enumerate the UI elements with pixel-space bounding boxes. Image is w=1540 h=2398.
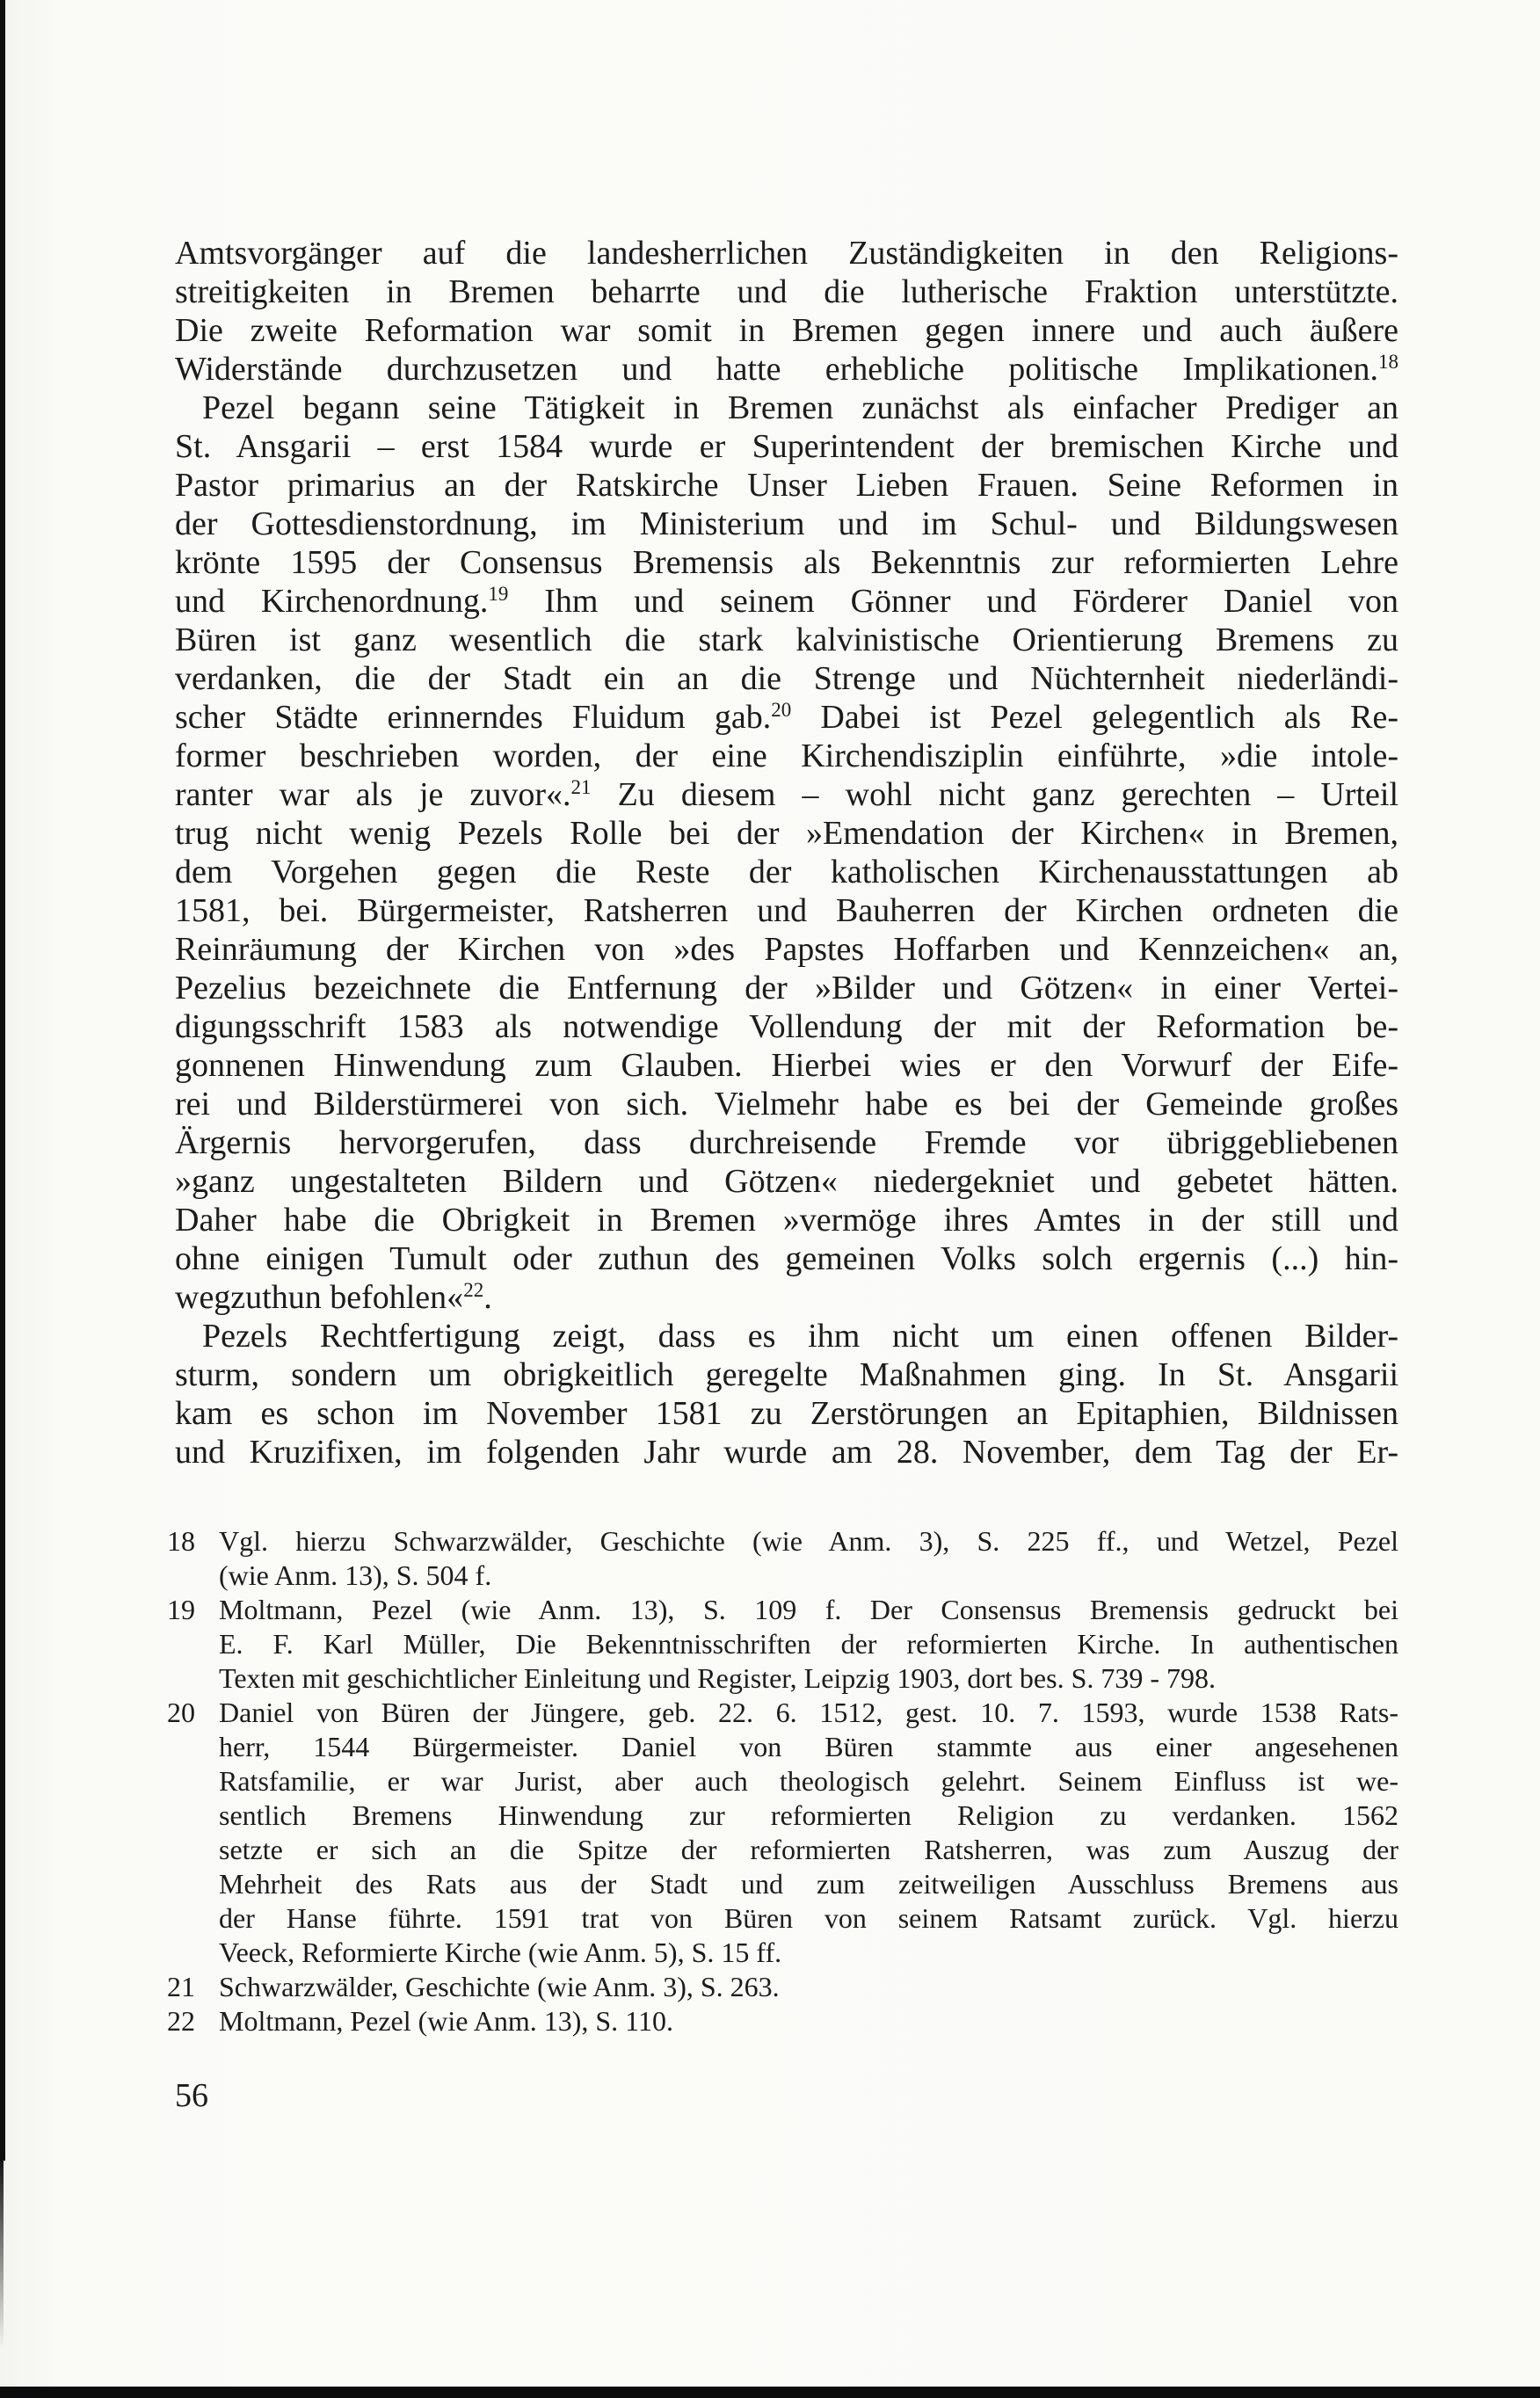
footnote-marker: 22	[463, 1279, 483, 1301]
body-line: St. Ansgarii – erst 1584 wurde er Superi…	[175, 427, 1398, 466]
footnote-line: (wie Anm. 13), S. 504 f.	[219, 1559, 1398, 1593]
footnote-line: Mehrheit des Rats aus der Stadt und zum …	[219, 1867, 1398, 1901]
body-line: Ärgernis hervorgerufen, dass durchreisen…	[175, 1123, 1398, 1162]
footnote-line: Ratsfamilie, er war Jurist, aber auch th…	[219, 1764, 1398, 1798]
body-text-run: Zu diesem – wohl nicht ganz gerechten – …	[592, 776, 1399, 813]
footnote: 20Daniel von Büren der Jüngere, geb. 22.…	[167, 1696, 1398, 1970]
body-text-run: Pezel begann seine Tätigkeit in Bremen z…	[202, 389, 1398, 426]
body-text-run: gonnenen Hinwendung zum Glauben. Hierbei…	[175, 1047, 1398, 1084]
body-text-run: former beschrieben worden, der eine Kirc…	[175, 738, 1398, 774]
body-text-run: ranter war als je zuvor«.	[175, 776, 571, 813]
body-line: »ganz ungestalteten Bildern und Götzen« …	[175, 1162, 1398, 1201]
body-line: Widerstände durchzusetzen und hatte erhe…	[175, 350, 1398, 389]
footnote-number: 18	[167, 1524, 219, 1559]
footnote-line: sentlich Bremens Hinwendung zur reformie…	[219, 1798, 1398, 1833]
body-line: 1581, bei. Bürgermeister, Ratsherren und…	[175, 891, 1398, 930]
footnote-text: Schwarzwälder, Geschichte (wie Anm. 3), …	[219, 1970, 1398, 2004]
body-text: Amtsvorgänger auf die landesherrlichen Z…	[175, 234, 1398, 1471]
body-text-run: .	[483, 1279, 492, 1316]
footnote: 18Vgl. hierzu Schwarzwälder, Geschichte …	[167, 1524, 1398, 1593]
scan-edge-bottom	[0, 2387, 1540, 2398]
body-text-run: Daher habe die Obrigkeit in Bremen »verm…	[175, 1202, 1398, 1239]
footnote-line: Vgl. hierzu Schwarzwälder, Geschichte (w…	[219, 1524, 1398, 1559]
body-line: verdanken, die der Stadt ein an die Stre…	[175, 659, 1398, 698]
body-line: Pezelius bezeichnete die Entfernung der …	[175, 969, 1398, 1007]
body-line: dem Vorgehen gegen die Reste der katholi…	[175, 853, 1398, 891]
page-number: 56	[175, 2076, 208, 2115]
footnote-line: Texten mit geschichtlicher Einleitung un…	[219, 1661, 1398, 1696]
body-text-run: kam es schon im November 1581 zu Zerstör…	[175, 1395, 1398, 1432]
footnote-marker: 19	[488, 583, 508, 605]
footnote-line: setzte er sich an die Spitze der reformi…	[219, 1833, 1398, 1867]
body-line: Büren ist ganz wesentlich die stark kalv…	[175, 621, 1398, 659]
body-line: sturm, sondern um obrigkeitlich geregelt…	[175, 1355, 1398, 1394]
footnote-section: 18Vgl. hierzu Schwarzwälder, Geschichte …	[167, 1524, 1398, 2038]
body-text-run: verdanken, die der Stadt ein an die Stre…	[175, 660, 1398, 697]
footnote-line: herr, 1544 Bürgermeister. Daniel von Bür…	[219, 1730, 1398, 1764]
footnote-number: 21	[167, 1970, 219, 2004]
body-text-run: Die zweite Reformation war somit in Brem…	[175, 312, 1398, 349]
body-text-run: Büren ist ganz wesentlich die stark kalv…	[175, 621, 1398, 658]
body-line: Amtsvorgänger auf die landesherrlichen Z…	[175, 234, 1398, 272]
footnote-line: E. F. Karl Müller, Die Bekenntnisschrift…	[219, 1627, 1398, 1661]
body-text-run: scher Städte erinnerndes Fluidum gab.	[175, 699, 771, 736]
body-text-run: »ganz ungestalteten Bildern und Götzen« …	[175, 1163, 1398, 1200]
body-text-run: Amtsvorgänger auf die landesherrlichen Z…	[175, 235, 1398, 272]
body-line: Daher habe die Obrigkeit in Bremen »verm…	[175, 1201, 1398, 1239]
body-text-run: trug nicht wenig Pezels Rolle bei der »E…	[175, 815, 1398, 852]
body-text-run: Widerstände durchzusetzen und hatte erhe…	[175, 351, 1378, 388]
footnote-text: Moltmann, Pezel (wie Anm. 13), S. 109 f.…	[219, 1593, 1398, 1696]
footnote-line: Moltmann, Pezel (wie Anm. 13), S. 109 f.…	[219, 1593, 1398, 1627]
body-line: Pezels Rechtfertigung zeigt, dass es ihm…	[175, 1317, 1398, 1355]
body-text-run: digungsschrift 1583 als notwendige Volle…	[175, 1008, 1398, 1045]
body-line: Die zweite Reformation war somit in Brem…	[175, 311, 1398, 350]
footnote-number: 19	[167, 1593, 219, 1627]
footnote-line: Veeck, Reformierte Kirche (wie Anm. 5), …	[219, 1936, 1398, 1970]
body-line: Pastor primarius an der Ratskirche Unser…	[175, 466, 1398, 505]
body-line: scher Städte erinnerndes Fluidum gab.20 …	[175, 698, 1398, 737]
footnote-line: der Hanse führte. 1591 trat von Büren vo…	[219, 1901, 1398, 1936]
body-text-run: dem Vorgehen gegen die Reste der katholi…	[175, 854, 1398, 890]
body-text-run: rei und Bilderstürmerei von sich. Vielme…	[175, 1086, 1398, 1123]
footnote: 21Schwarzwälder, Geschichte (wie Anm. 3)…	[167, 1970, 1398, 2004]
footnote: 19Moltmann, Pezel (wie Anm. 13), S. 109 …	[167, 1593, 1398, 1696]
body-text-run: Ihm und seinem Gönner und Förderer Danie…	[508, 583, 1398, 620]
footnote-line: Daniel von Büren der Jüngere, geb. 22. 6…	[219, 1696, 1398, 1730]
body-line: former beschrieben worden, der eine Kirc…	[175, 737, 1398, 775]
footnote-marker: 20	[771, 699, 791, 721]
scanned-book-page: { "page": { "number": "56", "language": …	[0, 0, 1540, 2398]
footnote-text: Vgl. hierzu Schwarzwälder, Geschichte (w…	[219, 1524, 1398, 1593]
body-text-run: streitigkeiten in Bremen beharrte und di…	[175, 273, 1398, 310]
body-text-run: ohne einigen Tumult oder zuthun des geme…	[175, 1240, 1398, 1277]
body-line: kam es schon im November 1581 zu Zerstör…	[175, 1394, 1398, 1433]
body-line: trug nicht wenig Pezels Rolle bei der »E…	[175, 814, 1398, 853]
body-line: und Kirchenordnung.19 Ihm und seinem Gön…	[175, 582, 1398, 621]
footnote-line: Schwarzwälder, Geschichte (wie Anm. 3), …	[219, 1970, 1398, 2004]
body-line: rei und Bilderstürmerei von sich. Vielme…	[175, 1085, 1398, 1123]
scan-edge-left-fade	[0, 2161, 4, 2347]
body-text-run: und Kirchenordnung.	[175, 583, 488, 620]
body-text-run: 1581, bei. Bürgermeister, Ratsherren und…	[175, 892, 1398, 929]
body-line: ranter war als je zuvor«.21 Zu diesem – …	[175, 775, 1398, 814]
body-text-run: sturm, sondern um obrigkeitlich geregelt…	[175, 1356, 1398, 1393]
body-text-run: Pezelius bezeichnete die Entfernung der …	[175, 970, 1398, 1006]
body-line: krönte 1595 der Consensus Bremensis als …	[175, 543, 1398, 582]
body-line: streitigkeiten in Bremen beharrte und di…	[175, 272, 1398, 311]
footnote-number: 20	[167, 1696, 219, 1730]
footnote-number: 22	[167, 2004, 219, 2038]
body-line: der Gottesdienstordnung, im Ministerium …	[175, 505, 1398, 543]
footnote-text: Daniel von Büren der Jüngere, geb. 22. 6…	[219, 1696, 1398, 1970]
body-text-run: Reinräumung der Kirchen von »des Papstes…	[175, 931, 1398, 968]
body-line: digungsschrift 1583 als notwendige Volle…	[175, 1007, 1398, 1046]
body-text-run: wegzuthun befohlen«	[175, 1279, 463, 1316]
body-line: Reinräumung der Kirchen von »des Papstes…	[175, 930, 1398, 969]
body-text-run: St. Ansgarii – erst 1584 wurde er Superi…	[175, 428, 1398, 465]
footnote-text: Moltmann, Pezel (wie Anm. 13), S. 110.	[219, 2004, 1398, 2038]
body-text-run: der Gottesdienstordnung, im Ministerium …	[175, 505, 1398, 542]
body-text-run: Pezels Rechtfertigung zeigt, dass es ihm…	[202, 1318, 1398, 1355]
scan-edge-left	[0, 0, 5, 2161]
footnote: 22Moltmann, Pezel (wie Anm. 13), S. 110.	[167, 2004, 1398, 2038]
body-line: ohne einigen Tumult oder zuthun des geme…	[175, 1239, 1398, 1278]
body-text-run: Dabei ist Pezel gelegentlich als Re-	[791, 699, 1398, 736]
footnote-marker: 21	[571, 776, 592, 798]
body-line: Pezel begann seine Tätigkeit in Bremen z…	[175, 389, 1398, 427]
body-line: wegzuthun befohlen«22.	[175, 1278, 1398, 1317]
footnote-line: Moltmann, Pezel (wie Anm. 13), S. 110.	[219, 2004, 1398, 2038]
body-text-run: Pastor primarius an der Ratskirche Unser…	[175, 467, 1398, 504]
footnote-marker: 18	[1378, 351, 1398, 373]
body-text-run: Ärgernis hervorgerufen, dass durchreisen…	[175, 1124, 1398, 1161]
body-line: gonnenen Hinwendung zum Glauben. Hierbei…	[175, 1046, 1398, 1085]
body-text-run: krönte 1595 der Consensus Bremensis als …	[175, 544, 1398, 581]
body-text-run: und Kruzifixen, im folgenden Jahr wurde …	[175, 1434, 1398, 1471]
body-line: und Kruzifixen, im folgenden Jahr wurde …	[175, 1433, 1398, 1471]
